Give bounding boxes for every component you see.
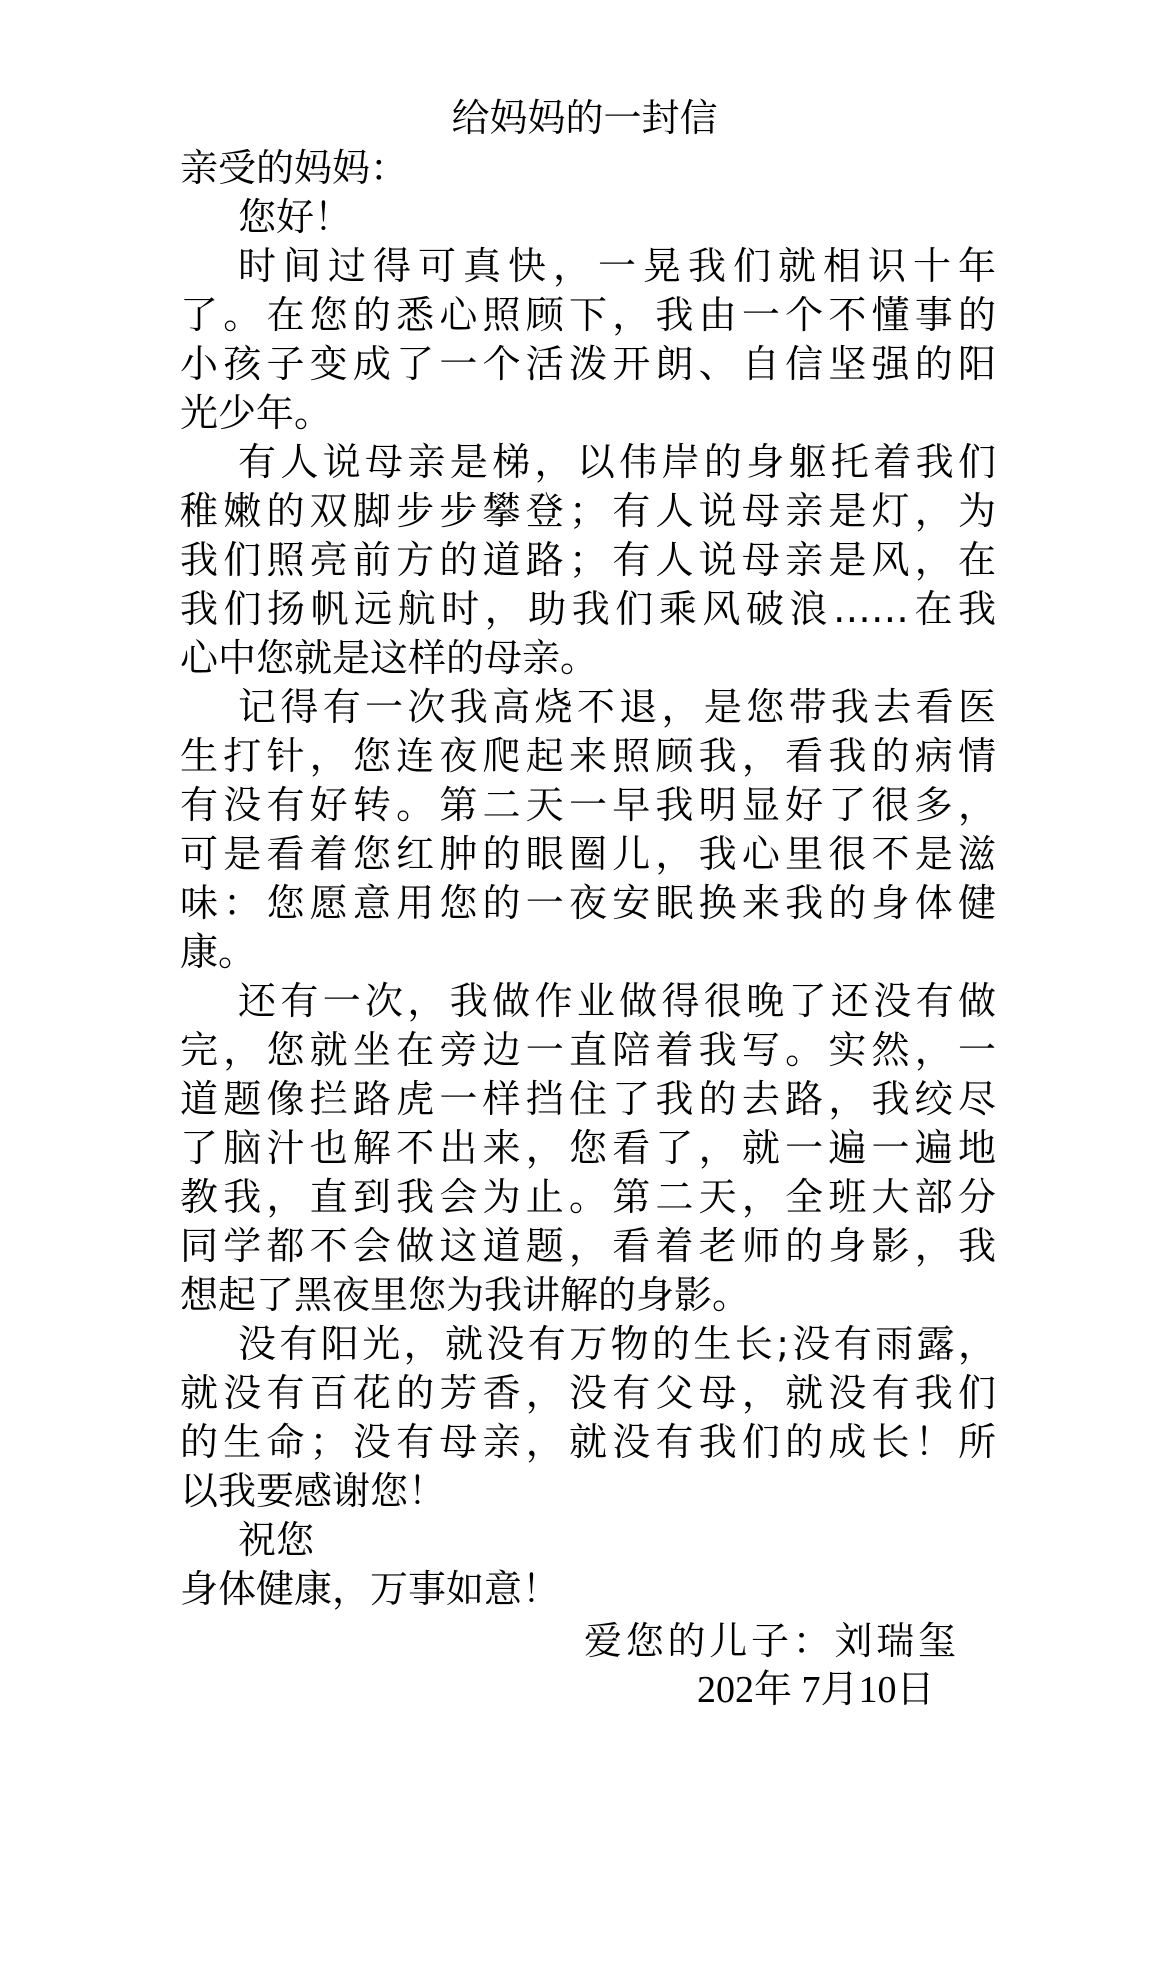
letter-line: 就没有百花的芳香，没有父母，就没有我们 — [180, 1369, 996, 1418]
letter-line: 道题像拦路虎一样挡住了我的去路，我绞尽 — [180, 1075, 996, 1124]
letter-line: 以我要感谢您！ — [180, 1467, 996, 1516]
greeting: 您好！ — [180, 193, 996, 242]
letter-line: 了。在您的悉心照顾下，我由一个不懂事的 — [180, 291, 996, 340]
signature: 爱您的儿子：刘瑞玺 — [584, 1617, 956, 1666]
letter-line: 有人说母亲是梯，以伟岸的身躯托着我们 — [180, 438, 996, 487]
letter-line: 稚嫩的双脚步步攀登；有人说母亲是灯，为 — [180, 487, 996, 536]
letter-line: 可是看着您红肿的眼圈儿，我心里很不是滋 — [180, 830, 996, 879]
closing-blessing: 身体健康，万事如意！ — [180, 1565, 996, 1614]
letter-line: 教我，直到我会为止。第二天，全班大部分 — [180, 1173, 996, 1222]
letter-line: 了脑汁也解不出来，您看了，就一遍一遍地 — [180, 1124, 996, 1173]
letter-line: 有没有好转。第二天一早我明显好了很多， — [180, 781, 996, 830]
letter-body: 亲受的妈妈： 您好！ 时间过得可真快，一晃我们就相识十年了。在您的悉心照顾下，我… — [180, 144, 996, 1614]
letter-line: 味：您愿意用您的一夜安眠换来我的身体健 — [180, 879, 996, 928]
letter-line: 还有一次，我做作业做得很晚了还没有做 — [180, 977, 996, 1026]
letter-line: 完，您就坐在旁边一直陪着我写。实然，一 — [180, 1026, 996, 1075]
letter-line: 没有阳光，就没有万物的生长;没有雨露， — [180, 1320, 996, 1369]
letter-line: 生打针，您连夜爬起来照顾我，看我的病情 — [180, 732, 996, 781]
letter-line: 的生命；没有母亲，就没有我们的成长！所 — [180, 1418, 996, 1467]
letter-page: 给妈妈的一封信 亲受的妈妈： 您好！ 时间过得可真快，一晃我们就相识十年了。在您… — [0, 0, 1169, 1977]
letter-line: 想起了黑夜里您为我讲解的身影。 — [180, 1271, 996, 1320]
letter-line: 光少年。 — [180, 389, 996, 438]
letter-title: 给妈妈的一封信 — [0, 94, 1169, 142]
salutation: 亲受的妈妈： — [180, 144, 996, 193]
letter-line: 心中您就是这样的母亲。 — [180, 634, 996, 683]
closing-wish: 祝您 — [180, 1516, 996, 1565]
letter-line: 同学都不会做这道题，看着老师的身影，我 — [180, 1222, 996, 1271]
letter-line: 我们照亮前方的道路；有人说母亲是风，在 — [180, 536, 996, 585]
letter-line: 记得有一次我高烧不退，是您带我去看医 — [180, 683, 996, 732]
letter-line: 我们扬帆远航时，助我们乘风破浪……在我 — [180, 585, 996, 634]
letter-paragraphs: 时间过得可真快，一晃我们就相识十年了。在您的悉心照顾下，我由一个不懂事的小孩子变… — [180, 242, 996, 1516]
letter-line: 康。 — [180, 928, 996, 977]
letter-line: 小孩子变成了一个活泼开朗、自信坚强的阳 — [180, 340, 996, 389]
letter-date: 202年 7月10日 — [697, 1666, 955, 1715]
letter-line: 时间过得可真快，一晃我们就相识十年 — [180, 242, 996, 291]
